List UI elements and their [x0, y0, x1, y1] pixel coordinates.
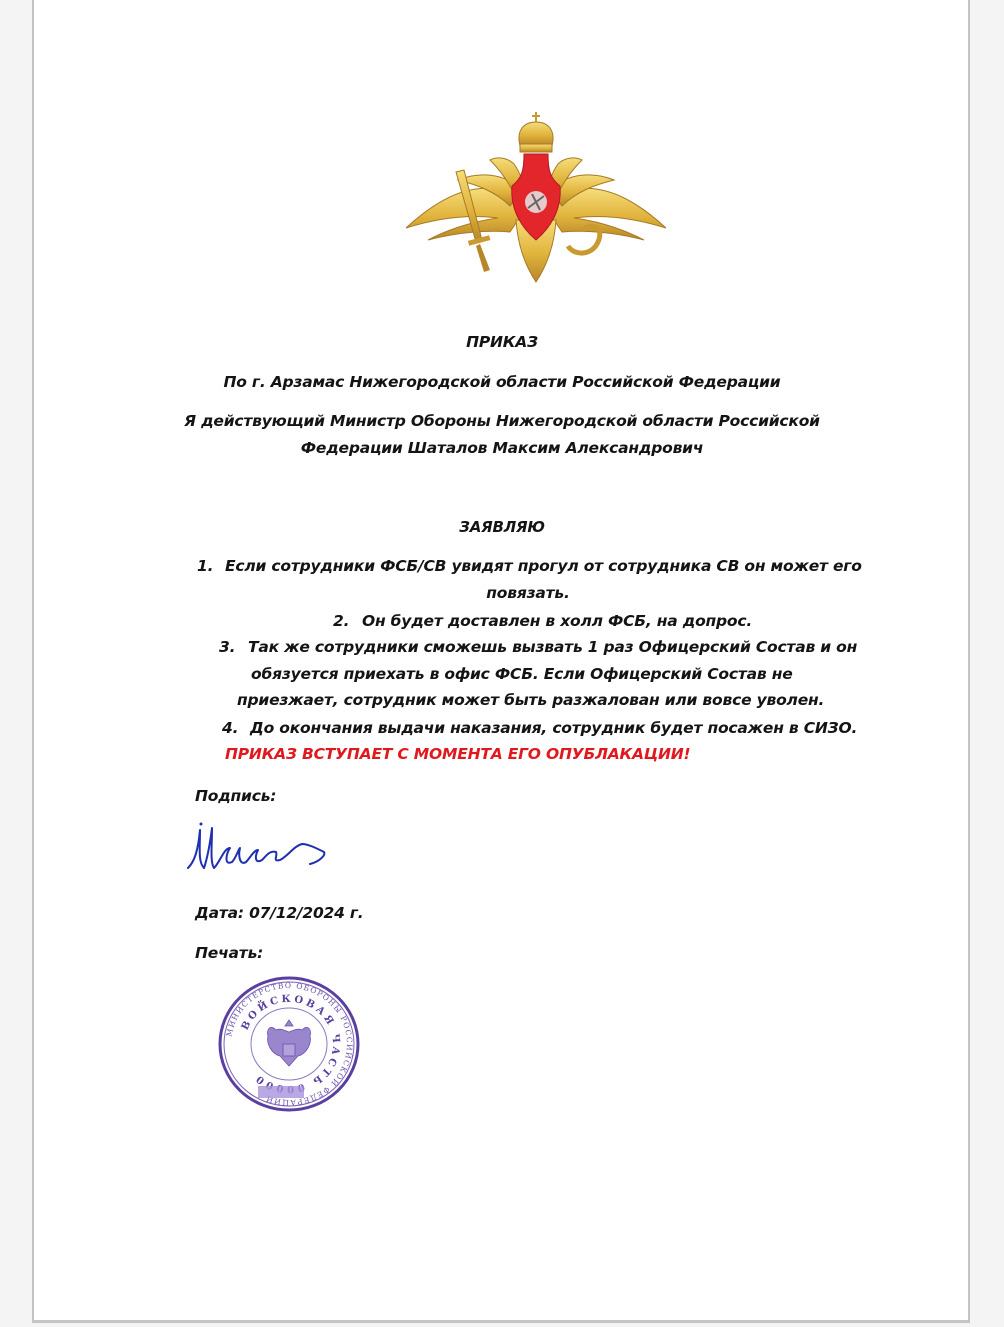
- list-item-text: Он будет доставлен в холл ФСБ, на допрос…: [362, 612, 752, 630]
- list-item-text: приезжает, сотрудник может быть разжалов…: [237, 691, 824, 709]
- signature-icon: [184, 818, 334, 876]
- list-item-text: повязать.: [26, 584, 1004, 602]
- declarant-line-1: Я действующий Министр Обороны Нижегородс…: [0, 412, 1004, 430]
- document-title: ПРИКАЗ: [0, 333, 1004, 351]
- date-label: Дата: 07/12/2024 г.: [195, 904, 364, 922]
- list-item-text: Так же сотрудники сможешь вызвать 1 раз …: [248, 638, 857, 656]
- list-item-text: обязуется приехать в офис ФСБ. Если Офиц…: [251, 665, 793, 683]
- list-item-number: 3.: [219, 638, 235, 656]
- declare-heading: ЗАЯВЛЯЮ: [0, 518, 1004, 536]
- list-item-text: Если сотрудники ФСБ/СВ увидят прогул от …: [225, 557, 862, 575]
- list-item-number: 1.: [197, 557, 213, 575]
- declarant-line-2: Федерации Шаталов Максим Александрович: [0, 439, 1004, 457]
- seal-label: Печать:: [195, 944, 263, 962]
- list-item-number: 2.: [333, 612, 349, 630]
- list-item-text: До окончания выдачи наказания, сотрудник…: [250, 719, 857, 737]
- armed-forces-emblem-icon: [398, 110, 674, 285]
- official-stamp-icon: МИНИСТЕРСТВО ОБОРОНЫ РОССИЙСКОЙ ФЕДЕРАЦИ…: [216, 974, 362, 1114]
- signature-label: Подпись:: [195, 787, 276, 805]
- location-line: По г. Арзамас Нижегородской области Росс…: [0, 373, 1004, 391]
- effective-notice: ПРИКАЗ ВСТУПАЕТ С МОМЕНТА ЕГО ОПУБЛАКАЦИ…: [225, 745, 690, 763]
- list-item-number: 4.: [222, 719, 238, 737]
